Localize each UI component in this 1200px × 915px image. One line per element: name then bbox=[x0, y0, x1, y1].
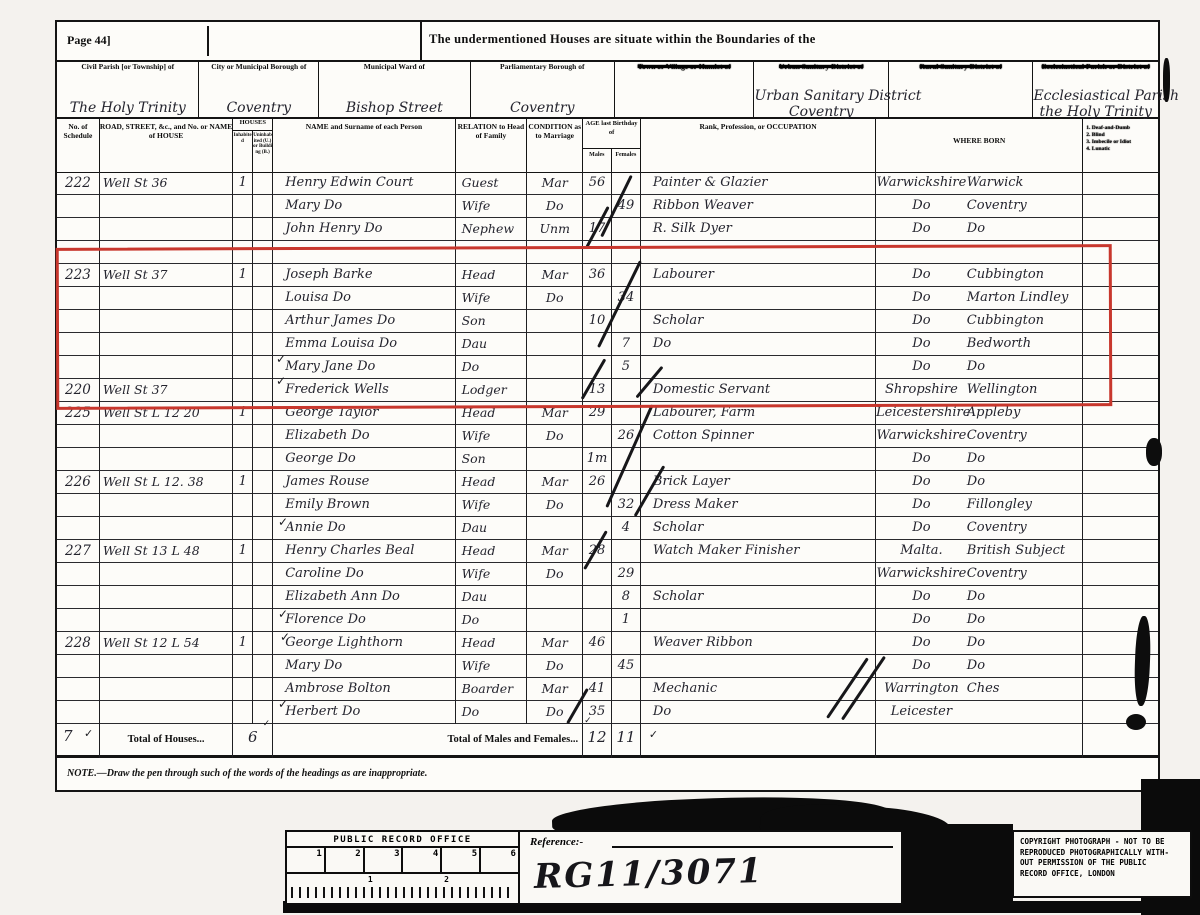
cell-road bbox=[100, 425, 234, 448]
cell-road: Well St L 12. 38 bbox=[100, 471, 234, 494]
cell-blank bbox=[253, 425, 273, 448]
header-field-label: Parliamentary Borough of bbox=[471, 60, 614, 72]
copyright-line: REPRODUCED PHOTOGRAPHICALLY WITH- bbox=[1020, 848, 1184, 859]
totals-left-cell: 7 ✓ bbox=[57, 724, 100, 758]
cell-born: WarwickshireWarwick bbox=[876, 172, 1083, 195]
cell-blank bbox=[253, 172, 273, 195]
cell-born: DoDo bbox=[876, 609, 1083, 632]
col-header-relation: RELATION to Head of Family bbox=[456, 117, 528, 172]
cell-blank bbox=[1083, 586, 1158, 609]
col-header-infirmities: 1. Deaf-and-Dumb2. Blind3. Imbecile or I… bbox=[1083, 117, 1158, 172]
reference-underline bbox=[612, 846, 893, 848]
cell-occupation: Cotton Spinner bbox=[641, 425, 876, 448]
cell-road bbox=[100, 701, 234, 724]
inch-mark-2: 2 bbox=[444, 875, 449, 884]
cell-inhabited bbox=[233, 195, 253, 218]
born-place: Do bbox=[967, 586, 1082, 609]
copyright-line: RECORD OFFICE, LONDON bbox=[1020, 869, 1184, 880]
cell-born: DoDo bbox=[876, 655, 1083, 678]
cell-inhabited: 1 bbox=[233, 172, 253, 195]
cell-condition: Do bbox=[527, 195, 583, 218]
pro-cm-scale: 123456 bbox=[287, 848, 518, 874]
census-row: 226Well St L 12. 381James RouseHeadMar26… bbox=[57, 471, 1158, 494]
cell-occupation: Dress Maker bbox=[641, 494, 876, 517]
cell-blank bbox=[253, 471, 273, 494]
ink-smudge bbox=[1126, 714, 1146, 730]
cell-age_m bbox=[583, 655, 612, 678]
divider bbox=[420, 22, 422, 60]
header-field-6: Rural Sanitary District of bbox=[889, 60, 1033, 117]
cell-schedule bbox=[57, 425, 100, 448]
cell-schedule bbox=[57, 586, 100, 609]
born-county: Do bbox=[876, 195, 967, 218]
cell-relation: Dau bbox=[456, 586, 528, 609]
boundaries-banner: The undermentioned Houses are situate wi… bbox=[429, 32, 869, 47]
born-place: Coventry bbox=[967, 425, 1082, 448]
header-field-value: Coventry bbox=[471, 100, 614, 116]
cell-occupation: Do bbox=[641, 701, 876, 724]
cell-age_f: 8 bbox=[612, 586, 641, 609]
cell-inhabited bbox=[233, 218, 253, 241]
cm-number: 6 bbox=[511, 849, 516, 859]
cell-condition bbox=[527, 586, 583, 609]
cell-age_m bbox=[583, 586, 612, 609]
copyright-line: COPYRIGHT PHOTOGRAPH - NOT TO BE bbox=[1020, 837, 1184, 848]
cell-condition bbox=[527, 609, 583, 632]
cell-relation: Nephew bbox=[456, 218, 528, 241]
cell-born: Leicester bbox=[876, 701, 1083, 724]
born-place: Warwick bbox=[967, 172, 1082, 195]
check-mark: ✓ bbox=[263, 719, 271, 729]
cell-blank bbox=[253, 195, 273, 218]
cell-born: WarwickshireCoventry bbox=[876, 425, 1083, 448]
census-row: 227Well St 13 L 481Henry Charles BealHea… bbox=[57, 540, 1158, 563]
census-row: Florence DoDo1DoDo bbox=[57, 609, 1158, 632]
cell-condition: Mar bbox=[527, 632, 583, 655]
cell-name: Mary Do bbox=[273, 195, 455, 218]
reference-value: RG11/3071 bbox=[534, 851, 765, 897]
cell-condition: Do bbox=[527, 494, 583, 517]
check-mark: ✓ bbox=[278, 607, 288, 621]
cell-occupation: Brick Layer bbox=[641, 471, 876, 494]
header-field-3: Parliamentary Borough ofCoventry bbox=[471, 60, 615, 117]
cell-road bbox=[100, 494, 234, 517]
cell-born: DoDo bbox=[876, 471, 1083, 494]
born-place: Coventry bbox=[967, 195, 1082, 218]
houses-label: HOUSES bbox=[233, 117, 272, 131]
cell-blank bbox=[1083, 172, 1158, 195]
cell-occupation: Painter & Glazier bbox=[641, 172, 876, 195]
born-place: Do bbox=[967, 471, 1082, 494]
cell-condition: Mar bbox=[527, 540, 583, 563]
census-row: 222Well St 361Henry Edwin CourtGuestMar5… bbox=[57, 172, 1158, 195]
cell-blank bbox=[253, 632, 273, 655]
cell-blank bbox=[253, 517, 273, 540]
cell-age_m bbox=[583, 517, 612, 540]
census-row: George DoSon1mDoDo bbox=[57, 448, 1158, 471]
check-mark: ✓ bbox=[278, 697, 288, 711]
cell-road: Well St 12 L 54 bbox=[100, 632, 234, 655]
cell-schedule: 227 bbox=[57, 540, 100, 563]
cm-cell: 3 bbox=[365, 848, 404, 872]
header-field-label: Town or Village or Hamlet of bbox=[615, 60, 754, 72]
cell-relation: Do bbox=[456, 701, 528, 724]
infirmity-line: 2. Blind bbox=[1083, 132, 1158, 139]
cell-name: Elizabeth Do bbox=[273, 425, 455, 448]
cell-blank bbox=[253, 218, 273, 241]
header-field-value: Urban Sanitary District bbox=[754, 88, 888, 104]
cell-road bbox=[100, 563, 234, 586]
cell-road bbox=[100, 655, 234, 678]
col-header-condition: CONDITION as to Marriage bbox=[527, 117, 583, 172]
cell-condition: Unm bbox=[527, 218, 583, 241]
cell-condition: Mar bbox=[527, 678, 583, 701]
age-label: AGE last Birthday of bbox=[583, 117, 640, 148]
born-place: Do bbox=[967, 609, 1082, 632]
cell-schedule bbox=[57, 655, 100, 678]
header-field-1: City or Municipal Borough ofCoventry bbox=[199, 60, 319, 117]
cell-inhabited bbox=[233, 425, 253, 448]
cm-number: 3 bbox=[394, 849, 399, 859]
census-row: 228Well St 12 L 541George LighthornHeadM… bbox=[57, 632, 1158, 655]
highlight-box bbox=[56, 244, 1113, 410]
cell-relation: Head bbox=[456, 471, 528, 494]
total-houses-value-cell: 6 ✓ bbox=[233, 724, 273, 758]
cell-schedule bbox=[57, 195, 100, 218]
cell-schedule bbox=[57, 701, 100, 724]
cell-relation: Guest bbox=[456, 172, 528, 195]
born-place: Do bbox=[967, 632, 1082, 655]
pro-title: PUBLIC RECORD OFFICE bbox=[287, 832, 518, 848]
cell-relation: Wife bbox=[456, 425, 528, 448]
born-county: Do bbox=[876, 494, 967, 517]
cell-inhabited bbox=[233, 586, 253, 609]
cell-blank bbox=[1083, 701, 1158, 724]
cell-road bbox=[100, 218, 234, 241]
cm-cell: 4 bbox=[403, 848, 442, 872]
cell-blank bbox=[1083, 494, 1158, 517]
cell-inhabited: 1 bbox=[233, 471, 253, 494]
header-field-2: Municipal Ward ofBishop Street bbox=[319, 60, 470, 117]
cell-road bbox=[100, 448, 234, 471]
cell-schedule bbox=[57, 563, 100, 586]
cell-born: WarringtonChes bbox=[876, 678, 1083, 701]
cm-cell: 2 bbox=[326, 848, 365, 872]
total-males-value: 12 bbox=[583, 724, 611, 746]
born-county: Do bbox=[876, 609, 967, 632]
cell-schedule bbox=[57, 448, 100, 471]
cell-relation: Wife bbox=[456, 655, 528, 678]
cell-inhabited bbox=[233, 517, 253, 540]
cell-occupation: Watch Maker Finisher bbox=[641, 540, 876, 563]
cm-number: 4 bbox=[433, 849, 438, 859]
cell-born: DoDo bbox=[876, 632, 1083, 655]
cell-age_m: 46 bbox=[583, 632, 612, 655]
born-county: Do bbox=[876, 655, 967, 678]
cell-blank bbox=[253, 655, 273, 678]
infirmity-line: 4. Lunatic bbox=[1083, 146, 1158, 153]
header-field-label: Rural Sanitary District of bbox=[889, 60, 1032, 72]
check-mark: ✓ bbox=[649, 728, 658, 741]
born-county: Warrington bbox=[876, 678, 967, 701]
check-mark: ✓ bbox=[584, 716, 592, 726]
cell-born: Malta.British Subject bbox=[876, 540, 1083, 563]
census-row: Elizabeth Ann DoDau8ScholarDoDo bbox=[57, 586, 1158, 609]
col-header-uninhabited: Uninhabited (U.) or Building (B.) bbox=[253, 131, 272, 174]
cell-blank bbox=[1083, 471, 1158, 494]
header-fields-row: Civil Parish [or Township] ofThe Holy Tr… bbox=[57, 60, 1158, 119]
cell-age_m bbox=[583, 609, 612, 632]
born-county: Malta. bbox=[876, 540, 967, 563]
cell-age_m bbox=[583, 563, 612, 586]
cell-road: Well St 13 L 48 bbox=[100, 540, 234, 563]
cell-blank bbox=[253, 494, 273, 517]
cell-relation: Dau bbox=[456, 517, 528, 540]
ink-blob bbox=[903, 824, 1013, 908]
ruler-ticks bbox=[291, 887, 514, 898]
cm-cell: 1 bbox=[287, 848, 326, 872]
cell-name: Emily Brown bbox=[273, 494, 455, 517]
cell-road bbox=[100, 609, 234, 632]
cell-name: Herbert Do bbox=[273, 701, 455, 724]
header-field-4: Town or Village or Hamlet of bbox=[615, 60, 755, 117]
cell-inhabited: 1 bbox=[233, 540, 253, 563]
top-strip: Page 44] The undermentioned Houses are s… bbox=[57, 22, 1158, 62]
cm-cell: 5 bbox=[442, 848, 481, 872]
ink-smudge bbox=[1146, 438, 1162, 466]
public-record-office-stamp: PUBLIC RECORD OFFICE 123456 1 2 bbox=[285, 830, 520, 905]
cell-name: George Do bbox=[273, 448, 455, 471]
cell-inhabited bbox=[233, 678, 253, 701]
totals-spacer bbox=[876, 724, 1083, 758]
born-place: Do bbox=[967, 218, 1082, 241]
cell-blank bbox=[1083, 218, 1158, 241]
cell-relation: Wife bbox=[456, 563, 528, 586]
cell-condition bbox=[527, 517, 583, 540]
cell-age_f bbox=[612, 218, 641, 241]
cell-schedule: 222 bbox=[57, 172, 100, 195]
cell-name: George Lighthorn bbox=[273, 632, 455, 655]
cell-name: Caroline Do bbox=[273, 563, 455, 586]
cell-occupation bbox=[641, 655, 876, 678]
cell-condition: Do bbox=[527, 563, 583, 586]
cell-relation: Do bbox=[456, 609, 528, 632]
cell-occupation bbox=[641, 448, 876, 471]
cell-inhabited bbox=[233, 448, 253, 471]
cm-number: 5 bbox=[472, 849, 477, 859]
cell-occupation: Weaver Ribbon bbox=[641, 632, 876, 655]
cell-blank bbox=[253, 540, 273, 563]
born-county: Do bbox=[876, 448, 967, 471]
cell-blank bbox=[253, 448, 273, 471]
cell-name: Annie Do bbox=[273, 517, 455, 540]
cell-relation: Boarder bbox=[456, 678, 528, 701]
cell-born: WarwickshireCoventry bbox=[876, 563, 1083, 586]
cell-age_m bbox=[583, 425, 612, 448]
cell-age_f: 4 bbox=[612, 517, 641, 540]
header-field-label: Ecclesiastical Parish or District of bbox=[1033, 60, 1158, 72]
header-field-5: Urban Sanitary District ofUrban Sanitary… bbox=[754, 60, 889, 117]
born-county: Do bbox=[876, 517, 967, 540]
cell-road bbox=[100, 678, 234, 701]
cm-number: 2 bbox=[355, 849, 360, 859]
cell-schedule: 228 bbox=[57, 632, 100, 655]
cell-age_m: 1m bbox=[583, 448, 612, 471]
cell-occupation: Scholar bbox=[641, 586, 876, 609]
cell-age_m: 26 bbox=[583, 471, 612, 494]
cell-born: DoDo bbox=[876, 448, 1083, 471]
cell-age_f: 1 bbox=[612, 609, 641, 632]
cell-name: Mary Do bbox=[273, 655, 455, 678]
cell-born: DoCoventry bbox=[876, 517, 1083, 540]
cell-relation: Head bbox=[456, 540, 528, 563]
cell-name: James Rouse bbox=[273, 471, 455, 494]
header-field-value: Ecclesiastical Parish bbox=[1033, 88, 1158, 104]
cm-number: 1 bbox=[316, 849, 321, 859]
born-county: Do bbox=[876, 632, 967, 655]
cell-born: DoFillongley bbox=[876, 494, 1083, 517]
cell-inhabited bbox=[233, 563, 253, 586]
cell-born: DoDo bbox=[876, 218, 1083, 241]
copyright-notice: COPYRIGHT PHOTOGRAPH - NOT TO BEREPRODUC… bbox=[1012, 830, 1192, 898]
cell-age_f bbox=[612, 540, 641, 563]
census-row: Ambrose BoltonBoarderMar41MechanicWarrin… bbox=[57, 678, 1158, 701]
born-place: Fillongley bbox=[967, 494, 1082, 517]
reference-label: Reference:- bbox=[530, 836, 583, 848]
census-row: Caroline DoWifeDo29WarwickshireCoventry bbox=[57, 563, 1158, 586]
cell-blank bbox=[253, 678, 273, 701]
cell-condition: Do bbox=[527, 655, 583, 678]
header-field-0: Civil Parish [or Township] ofThe Holy Tr… bbox=[57, 60, 199, 117]
col-header-inhabited: Inhabited bbox=[233, 131, 253, 174]
col-header-age: AGE last Birthday of Males Females bbox=[583, 117, 641, 172]
col-header-where-born: WHERE BORN bbox=[876, 117, 1083, 172]
col-header-occupation: Rank, Profession, or OCCUPATION bbox=[641, 117, 876, 172]
cell-name: Henry Charles Beal bbox=[273, 540, 455, 563]
header-field-label: Municipal Ward of bbox=[319, 60, 469, 72]
cell-inhabited bbox=[233, 609, 253, 632]
header-field-label: Civil Parish [or Township] of bbox=[57, 60, 198, 72]
footer-note: NOTE.—Draw the pen through such of the w… bbox=[67, 768, 427, 779]
col-header-name: NAME and Surname of each Person bbox=[273, 117, 455, 172]
ink-smudge bbox=[1163, 58, 1170, 102]
header-field-value: Bishop Street bbox=[319, 100, 469, 116]
cm-cell: 6 bbox=[481, 848, 518, 872]
cell-schedule bbox=[57, 218, 100, 241]
cell-blank bbox=[253, 586, 273, 609]
born-place: Do bbox=[967, 448, 1082, 471]
born-county: Do bbox=[876, 471, 967, 494]
born-place: Do bbox=[967, 655, 1082, 678]
cell-relation: Son bbox=[456, 448, 528, 471]
cell-road bbox=[100, 195, 234, 218]
cell-occupation bbox=[641, 563, 876, 586]
cell-condition: Mar bbox=[527, 172, 583, 195]
table-header-row: No. of Schedule ROAD, STREET, &c., and N… bbox=[57, 117, 1158, 173]
cell-blank bbox=[1083, 563, 1158, 586]
born-county: Warwickshire bbox=[876, 563, 967, 586]
cell-inhabited bbox=[233, 701, 253, 724]
born-place: Coventry bbox=[967, 563, 1082, 586]
cell-condition: Do bbox=[527, 425, 583, 448]
cell-age_f bbox=[612, 701, 641, 724]
cell-inhabited: 1 bbox=[233, 632, 253, 655]
cell-born: DoDo bbox=[876, 586, 1083, 609]
cell-relation: Head bbox=[456, 632, 528, 655]
header-field-label: Urban Sanitary District of bbox=[754, 60, 888, 72]
census-row: Mary DoWifeDo45DoDo bbox=[57, 655, 1158, 678]
cell-road bbox=[100, 586, 234, 609]
cell-road: Well St 36 bbox=[100, 172, 234, 195]
cell-schedule bbox=[57, 517, 100, 540]
cell-age_f bbox=[612, 678, 641, 701]
cell-relation: Wife bbox=[456, 195, 528, 218]
cell-schedule bbox=[57, 609, 100, 632]
born-county: Do bbox=[876, 586, 967, 609]
scanned-census-page: Page 44] The undermentioned Houses are s… bbox=[0, 0, 1200, 915]
total-of-houses-label: Total of Houses... bbox=[100, 724, 234, 758]
cell-age_f: 29 bbox=[612, 563, 641, 586]
col-header-schedule: No. of Schedule bbox=[57, 117, 100, 172]
header-field-value: The Holy Trinity bbox=[57, 100, 198, 116]
cell-schedule bbox=[57, 678, 100, 701]
houses-count-mark: 7 bbox=[63, 727, 73, 745]
pro-inch-scale: 1 2 bbox=[287, 874, 518, 901]
cell-occupation bbox=[641, 609, 876, 632]
cell-age_f: 45 bbox=[612, 655, 641, 678]
census-row: Herbert DoDoDo35DoLeicester bbox=[57, 701, 1158, 724]
header-field-7: Ecclesiastical Parish or District ofEccl… bbox=[1033, 60, 1158, 117]
cell-road bbox=[100, 517, 234, 540]
cell-name: Ambrose Bolton bbox=[273, 678, 455, 701]
infirmity-line: 1. Deaf-and-Dumb bbox=[1083, 125, 1158, 132]
cell-condition: Mar bbox=[527, 471, 583, 494]
cell-blank bbox=[1083, 195, 1158, 218]
cell-occupation: R. Silk Dyer bbox=[641, 218, 876, 241]
totals-spacer: ✓ bbox=[641, 724, 876, 758]
total-females-value: 11 bbox=[612, 724, 640, 746]
check-mark: ✓ bbox=[84, 727, 93, 740]
cell-born: DoCoventry bbox=[876, 195, 1083, 218]
cell-schedule bbox=[57, 494, 100, 517]
born-county: Leicester bbox=[876, 701, 967, 724]
born-county: Do bbox=[876, 218, 967, 241]
cell-relation: Wife bbox=[456, 494, 528, 517]
cell-name: Florence Do bbox=[273, 609, 455, 632]
born-place: Ches bbox=[967, 678, 1082, 701]
cell-blank bbox=[1083, 540, 1158, 563]
cell-name: Henry Edwin Court bbox=[273, 172, 455, 195]
born-place: Coventry bbox=[967, 517, 1082, 540]
cell-age_f bbox=[612, 632, 641, 655]
cell-schedule: 226 bbox=[57, 471, 100, 494]
born-county: Warwickshire bbox=[876, 425, 967, 448]
col-header-houses: HOUSES Inhabited Uninhabited (U.) or Bui… bbox=[233, 117, 273, 172]
cell-blank bbox=[253, 563, 273, 586]
divider bbox=[207, 26, 209, 56]
census-row: Annie DoDau4ScholarDoCoventry bbox=[57, 517, 1158, 540]
cell-condition bbox=[527, 448, 583, 471]
inch-mark-1: 1 bbox=[368, 875, 373, 884]
copyright-line: OUT PERMISSION OF THE PUBLIC bbox=[1020, 858, 1184, 869]
cell-name: Elizabeth Ann Do bbox=[273, 586, 455, 609]
header-field-value: Coventry bbox=[199, 100, 318, 116]
col-header-road: ROAD, STREET, &c., and No. or NAME of HO… bbox=[100, 117, 233, 172]
check-mark: ✓ bbox=[280, 630, 290, 644]
cell-occupation: Ribbon Weaver bbox=[641, 195, 876, 218]
cell-inhabited bbox=[233, 494, 253, 517]
page-number-label: Page 44] bbox=[67, 33, 111, 48]
